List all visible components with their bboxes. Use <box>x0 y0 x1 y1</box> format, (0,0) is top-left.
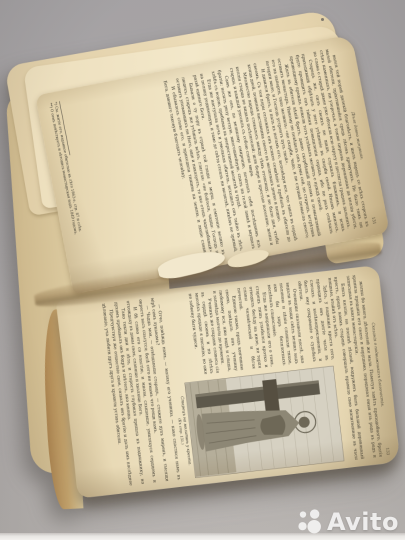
dust-speck <box>321 18 324 21</box>
lower-page-content: Сказанія о подвижникахъ благочестія. 133… <box>66 273 391 490</box>
avito-watermark: Avito <box>296 508 399 536</box>
avito-wordmark: Avito <box>327 508 399 536</box>
avito-logo-icon <box>296 508 324 536</box>
lower-page-text: жатвы бо много, дѣлателей же мало. Памят… <box>66 274 384 491</box>
engraving-illustration: Старецъ на молитвѣ у креста. (Къ стр. 13… <box>173 366 344 480</box>
upper-page-number: 131 <box>371 216 377 224</box>
saint-engraving-svg <box>185 366 344 477</box>
engraving-frame <box>184 366 344 478</box>
photo-of-old-book: Дѣла давно минувшія. 131 вался той порой… <box>0 0 405 540</box>
open-book: Дѣла давно минувшія. 131 вался той порой… <box>4 28 386 509</box>
lower-page-number: 133 <box>385 447 390 455</box>
